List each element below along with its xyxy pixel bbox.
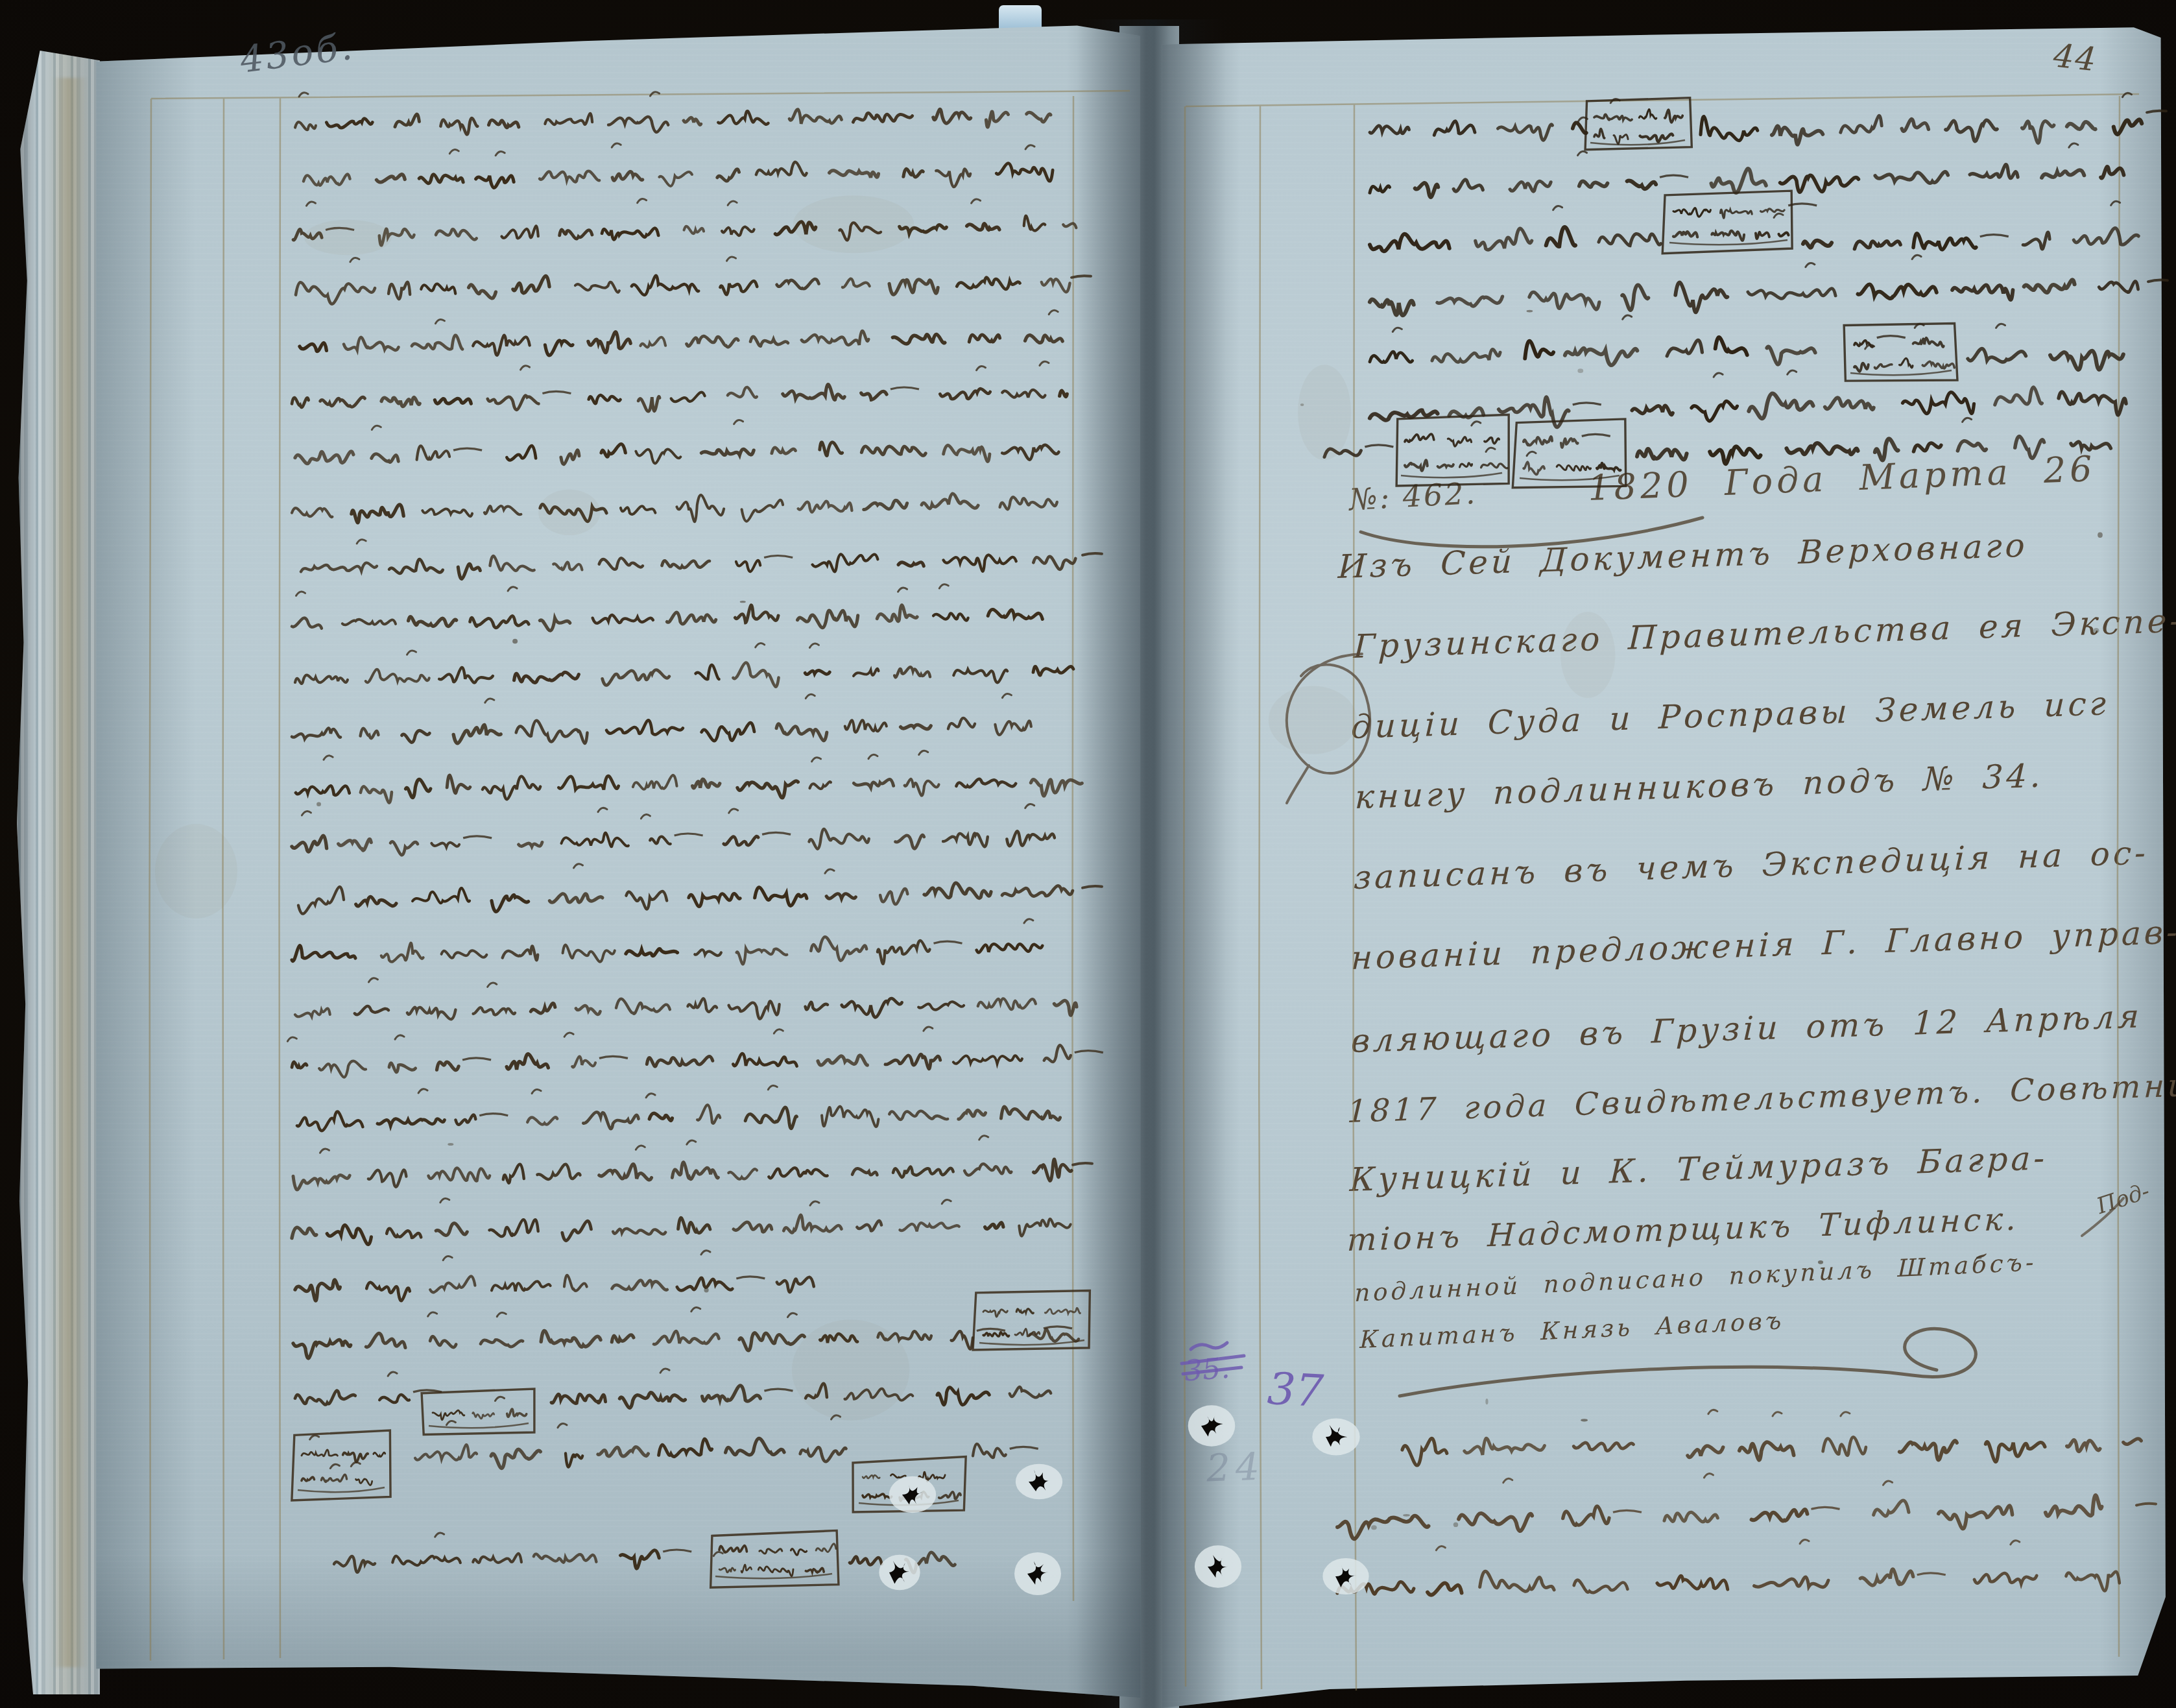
fore-edge-tan-streak [52, 78, 88, 1667]
manuscript-scan: 43об. 44 №: 462. 1820 Года Марта 26 Изъ … [0, 0, 2176, 1708]
ink-show-through-number: 24 [1206, 1444, 1265, 1490]
page-number-right: 44 [2051, 37, 2099, 79]
archival-renumber-old: 35. [1183, 1352, 1230, 1388]
reference-number: №: 462. [1348, 475, 1478, 517]
archival-renumber-new: 37 [1266, 1364, 1325, 1417]
